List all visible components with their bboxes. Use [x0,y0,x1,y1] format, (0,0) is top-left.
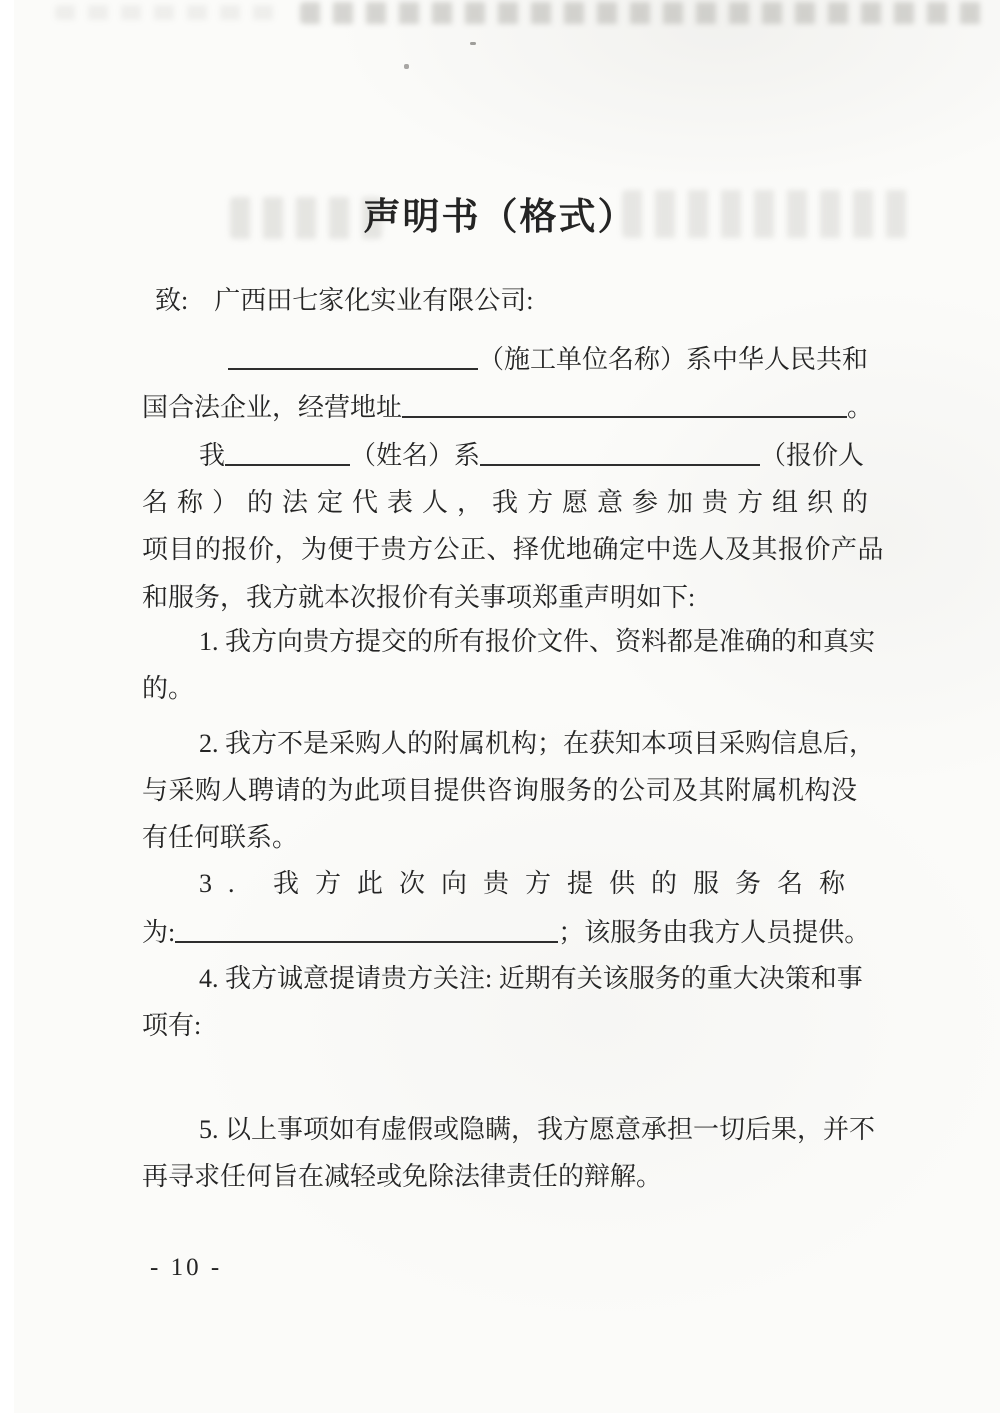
bleed-through-top-left [55,5,280,20]
address-blank-line: 国合法企业，经营地址。 [142,390,882,424]
text-run: 的。 [142,674,194,703]
text-run: 国合法企业，经营地址 [142,393,402,422]
text-run: 3. 我方此次向贵方提供的服务名称 [199,869,861,898]
scan-speck [470,42,476,45]
clause-3-line: 3. 我方此次向贵方提供的服务名称 [142,867,882,901]
clause-5-line: 5. 以上事项如有虚假或隐瞒，我方愿意承担一切后果，并不 [142,1113,882,1147]
body-text-line: 和服务，我方就本次报价有关事项郑重声明如下: [142,581,882,615]
body-text-line: 项目的报价，为便于贵方公正、择优地确定中选人及其报价产品 [142,533,882,567]
clause-2-line: 有任何联系。 [142,821,882,855]
clause-4-line: 4. 我方诚意提请贵方关注: 近期有关该服务的重大决策和事 [142,962,882,996]
text-run: 致: 广西田七家化实业有限公司: [155,286,533,315]
page-number: - 10 - [150,1254,222,1282]
bleed-through-top-right [300,2,990,24]
clause-1-line: 1. 我方向贵方提交的所有报价文件、资料都是准确的和真实 [142,625,882,659]
clause-3-service-blank-line: 为:；该服务由我方人员提供。 [142,915,882,949]
text-run: 。 [847,393,873,422]
representative-blank-line: 我（姓名）系（报价人 [142,438,882,472]
text-run: （施工单位名称）系中华人民共和 [478,345,868,374]
text-run: 再寻求任何旨在减轻或免除法律责任的辩解。 [142,1162,662,1191]
text-run: 项有: [142,1011,201,1040]
clause-2-line: 与采购人聘请的为此项目提供咨询服务的公司及其附属机构没 [142,774,882,808]
scan-speck [404,64,409,69]
addressee-line: 致: 广西田七家化实业有限公司: [142,284,895,318]
text-run: 4. 我方诚意提请贵方关注: 近期有关该服务的重大决策和事 [199,964,863,993]
text-run: 为: [142,918,175,947]
fill-in-blank-underline [228,342,478,370]
text-run: ；该服务由我方人员提供。 [558,918,870,947]
text-run: 名称）的法定代表人，我方愿意参加贵方组织的 [142,488,877,517]
fill-in-blank-underline [225,438,350,466]
text-run: 有任何联系。 [142,823,298,852]
clause-4-line: 项有: [142,1009,882,1043]
text-run: （姓名）系 [350,441,480,470]
fill-in-blank-underline [402,390,847,418]
text-run: （报价人 [760,441,864,470]
text-run: 项目的报价，为便于贵方公正、择优地确定中选人及其报价产品 [142,535,884,564]
text-run: 和服务，我方就本次报价有关事项郑重声明如下: [142,583,695,612]
document-title: 声明书（格式） [0,186,1000,240]
clause-1-line: 的。 [142,672,882,706]
text-run: 1. 我方向贵方提交的所有报价文件、资料都是准确的和真实 [199,627,875,656]
document-page: 声明书（格式） 致: 广西田七家化实业有限公司: （施工单位名称）系中华人民共和… [0,0,1000,1413]
fill-in-blank-underline [175,915,558,943]
text-run: 我 [199,441,225,470]
text-run: 2. 我方不是采购人的附属机构；在获知本项目采购信息后， [199,729,875,758]
clause-2-line: 2. 我方不是采购人的附属机构；在获知本项目采购信息后， [142,727,882,761]
text-run: 与采购人聘请的为此项目提供咨询服务的公司及其附属机构没 [142,776,858,805]
fill-in-blank-underline [480,438,760,466]
body-text-line: 名称）的法定代表人，我方愿意参加贵方组织的 [142,486,882,520]
company-blank-line: （施工单位名称）系中华人民共和 [142,342,882,376]
text-run: 5. 以上事项如有虚假或隐瞒，我方愿意承担一切后果，并不 [199,1115,875,1144]
clause-5-line: 再寻求任何旨在减轻或免除法律责任的辩解。 [142,1160,882,1194]
